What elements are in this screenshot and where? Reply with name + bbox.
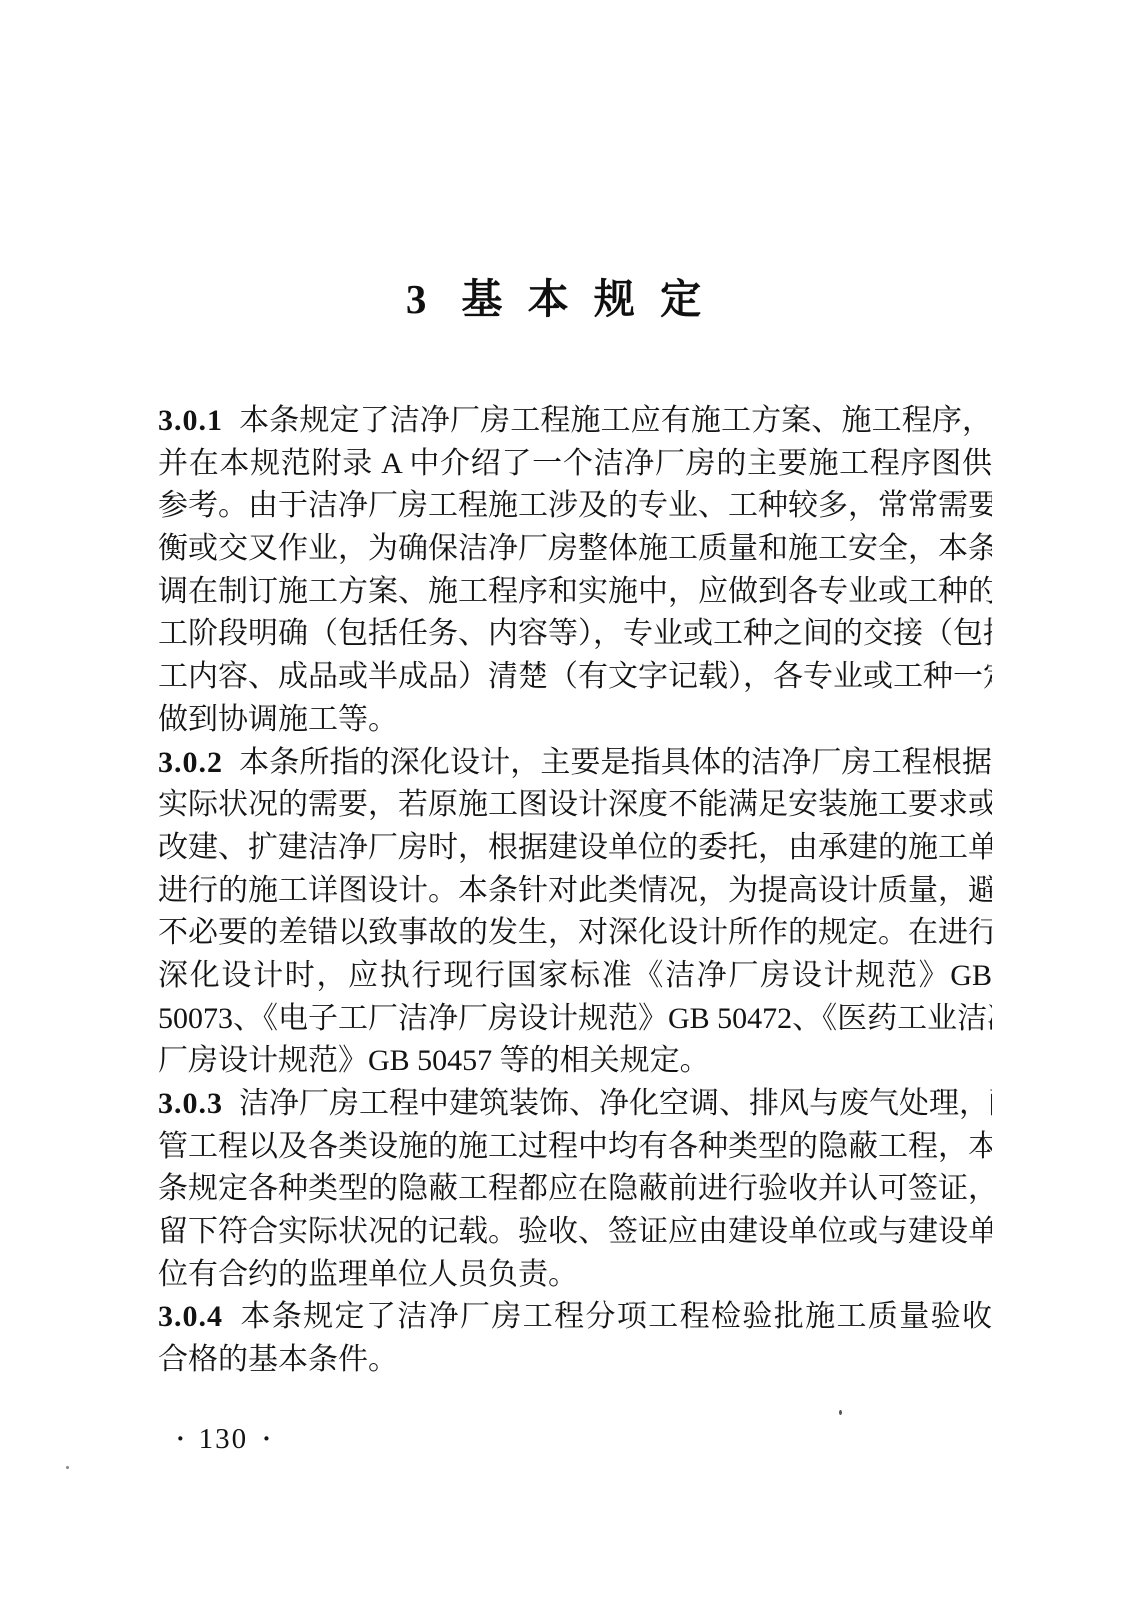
chapter-title: 基 本 规 定 — [461, 276, 702, 322]
chapter-number: 3 — [406, 275, 428, 323]
text-line: 3.0.1本条规定了洁净厂房工程施工应有施工方案、施工程序， — [158, 400, 992, 443]
text-line: 条规定各种类型的隐蔽工程都应在隐蔽前进行验收并认可签证， — [158, 1168, 992, 1211]
commentary-body: 3.0.1本条规定了洁净厂房工程施工应有施工方案、施工程序， 并在本规范附录 A… — [158, 400, 992, 1382]
text-line: 工阶段明确（包括任务、内容等），专业或工种之间的交接（包括施 — [158, 613, 992, 656]
section-number: 3.0.3 — [158, 1087, 223, 1120]
text-line: 50073、《电子工厂洁净厂房设计规范》GB 50472、《医药工业洁净 — [158, 998, 992, 1041]
scan-speck — [839, 1410, 842, 1415]
text-line: 做到协调施工等。 — [158, 699, 992, 742]
section-number: 3.0.4 — [158, 1300, 223, 1333]
text-line: 进行的施工详图设计。本条针对此类情况，为提高设计质量，避免 — [158, 870, 992, 913]
page-footer: ·130· — [176, 1417, 271, 1461]
footer-dot-left: · — [176, 1424, 185, 1453]
text-line: 并在本规范附录 A 中介绍了一个洁净厂房的主要施工程序图供 — [158, 443, 992, 486]
text-line: 深化设计时，应执行现行国家标准《洁净厂房设计规范》GB — [158, 955, 992, 998]
text-line: 衡或交叉作业，为确保洁净厂房整体施工质量和施工安全，本条强 — [158, 528, 992, 571]
chapter-heading: 3基 本 规 定 — [0, 266, 1108, 325]
text-line: 厂房设计规范》GB 50457 等的相关规定。 — [158, 1040, 992, 1083]
text-line: 3.0.3洁净厂房工程中建筑装饰、净化空调、排风与废气处理，配 — [158, 1083, 992, 1126]
text-line: 实际状况的需要，若原施工图设计深度不能满足安装施工要求或 — [158, 784, 992, 827]
text-line: 工内容、成品或半成品）清楚（有文字记载），各专业或工种一定要 — [158, 656, 992, 699]
text-line: 改建、扩建洁净厂房时，根据建设单位的委托，由承建的施工单位 — [158, 827, 992, 870]
section-text: 本条所指的深化设计，主要是指具体的洁净厂房工程根据 — [239, 746, 992, 779]
text-line: 调在制订施工方案、施工程序和实施中，应做到各专业或工种的施 — [158, 571, 992, 614]
section-number: 3.0.2 — [158, 746, 223, 779]
text-line: 3.0.4本条规定了洁净厂房工程分项工程检验批施工质量验收 — [158, 1296, 992, 1339]
text-line: 留下符合实际状况的记载。验收、签证应由建设单位或与建设单 — [158, 1211, 992, 1254]
section-text: 本条规定了洁净厂房工程分项工程检验批施工质量验收 — [239, 1300, 992, 1333]
section-number: 3.0.1 — [158, 404, 223, 437]
footer-dot-right: · — [262, 1424, 271, 1453]
text-line: 参考。由于洁净厂房工程施工涉及的专业、工种较多，常常需要平 — [158, 485, 992, 528]
section-text: 本条规定了洁净厂房工程施工应有施工方案、施工程序， — [239, 404, 992, 437]
text-line: 管工程以及各类设施的施工过程中均有各种类型的隐蔽工程，本 — [158, 1126, 992, 1169]
section-text: 洁净厂房工程中建筑装饰、净化空调、排风与废气处理，配 — [239, 1087, 992, 1120]
text-line: 位有合约的监理单位人员负责。 — [158, 1254, 992, 1297]
scan-speck — [66, 1466, 69, 1469]
document-page: 3基 本 规 定 3.0.1本条规定了洁净厂房工程施工应有施工方案、施工程序， … — [0, 0, 1142, 1600]
text-line: 不必要的差错以致事故的发生，对深化设计所作的规定。在进行 — [158, 912, 992, 955]
text-line: 合格的基本条件。 — [158, 1339, 992, 1382]
page-number: 130 — [199, 1423, 249, 1455]
text-line: 3.0.2本条所指的深化设计，主要是指具体的洁净厂房工程根据 — [158, 742, 992, 785]
